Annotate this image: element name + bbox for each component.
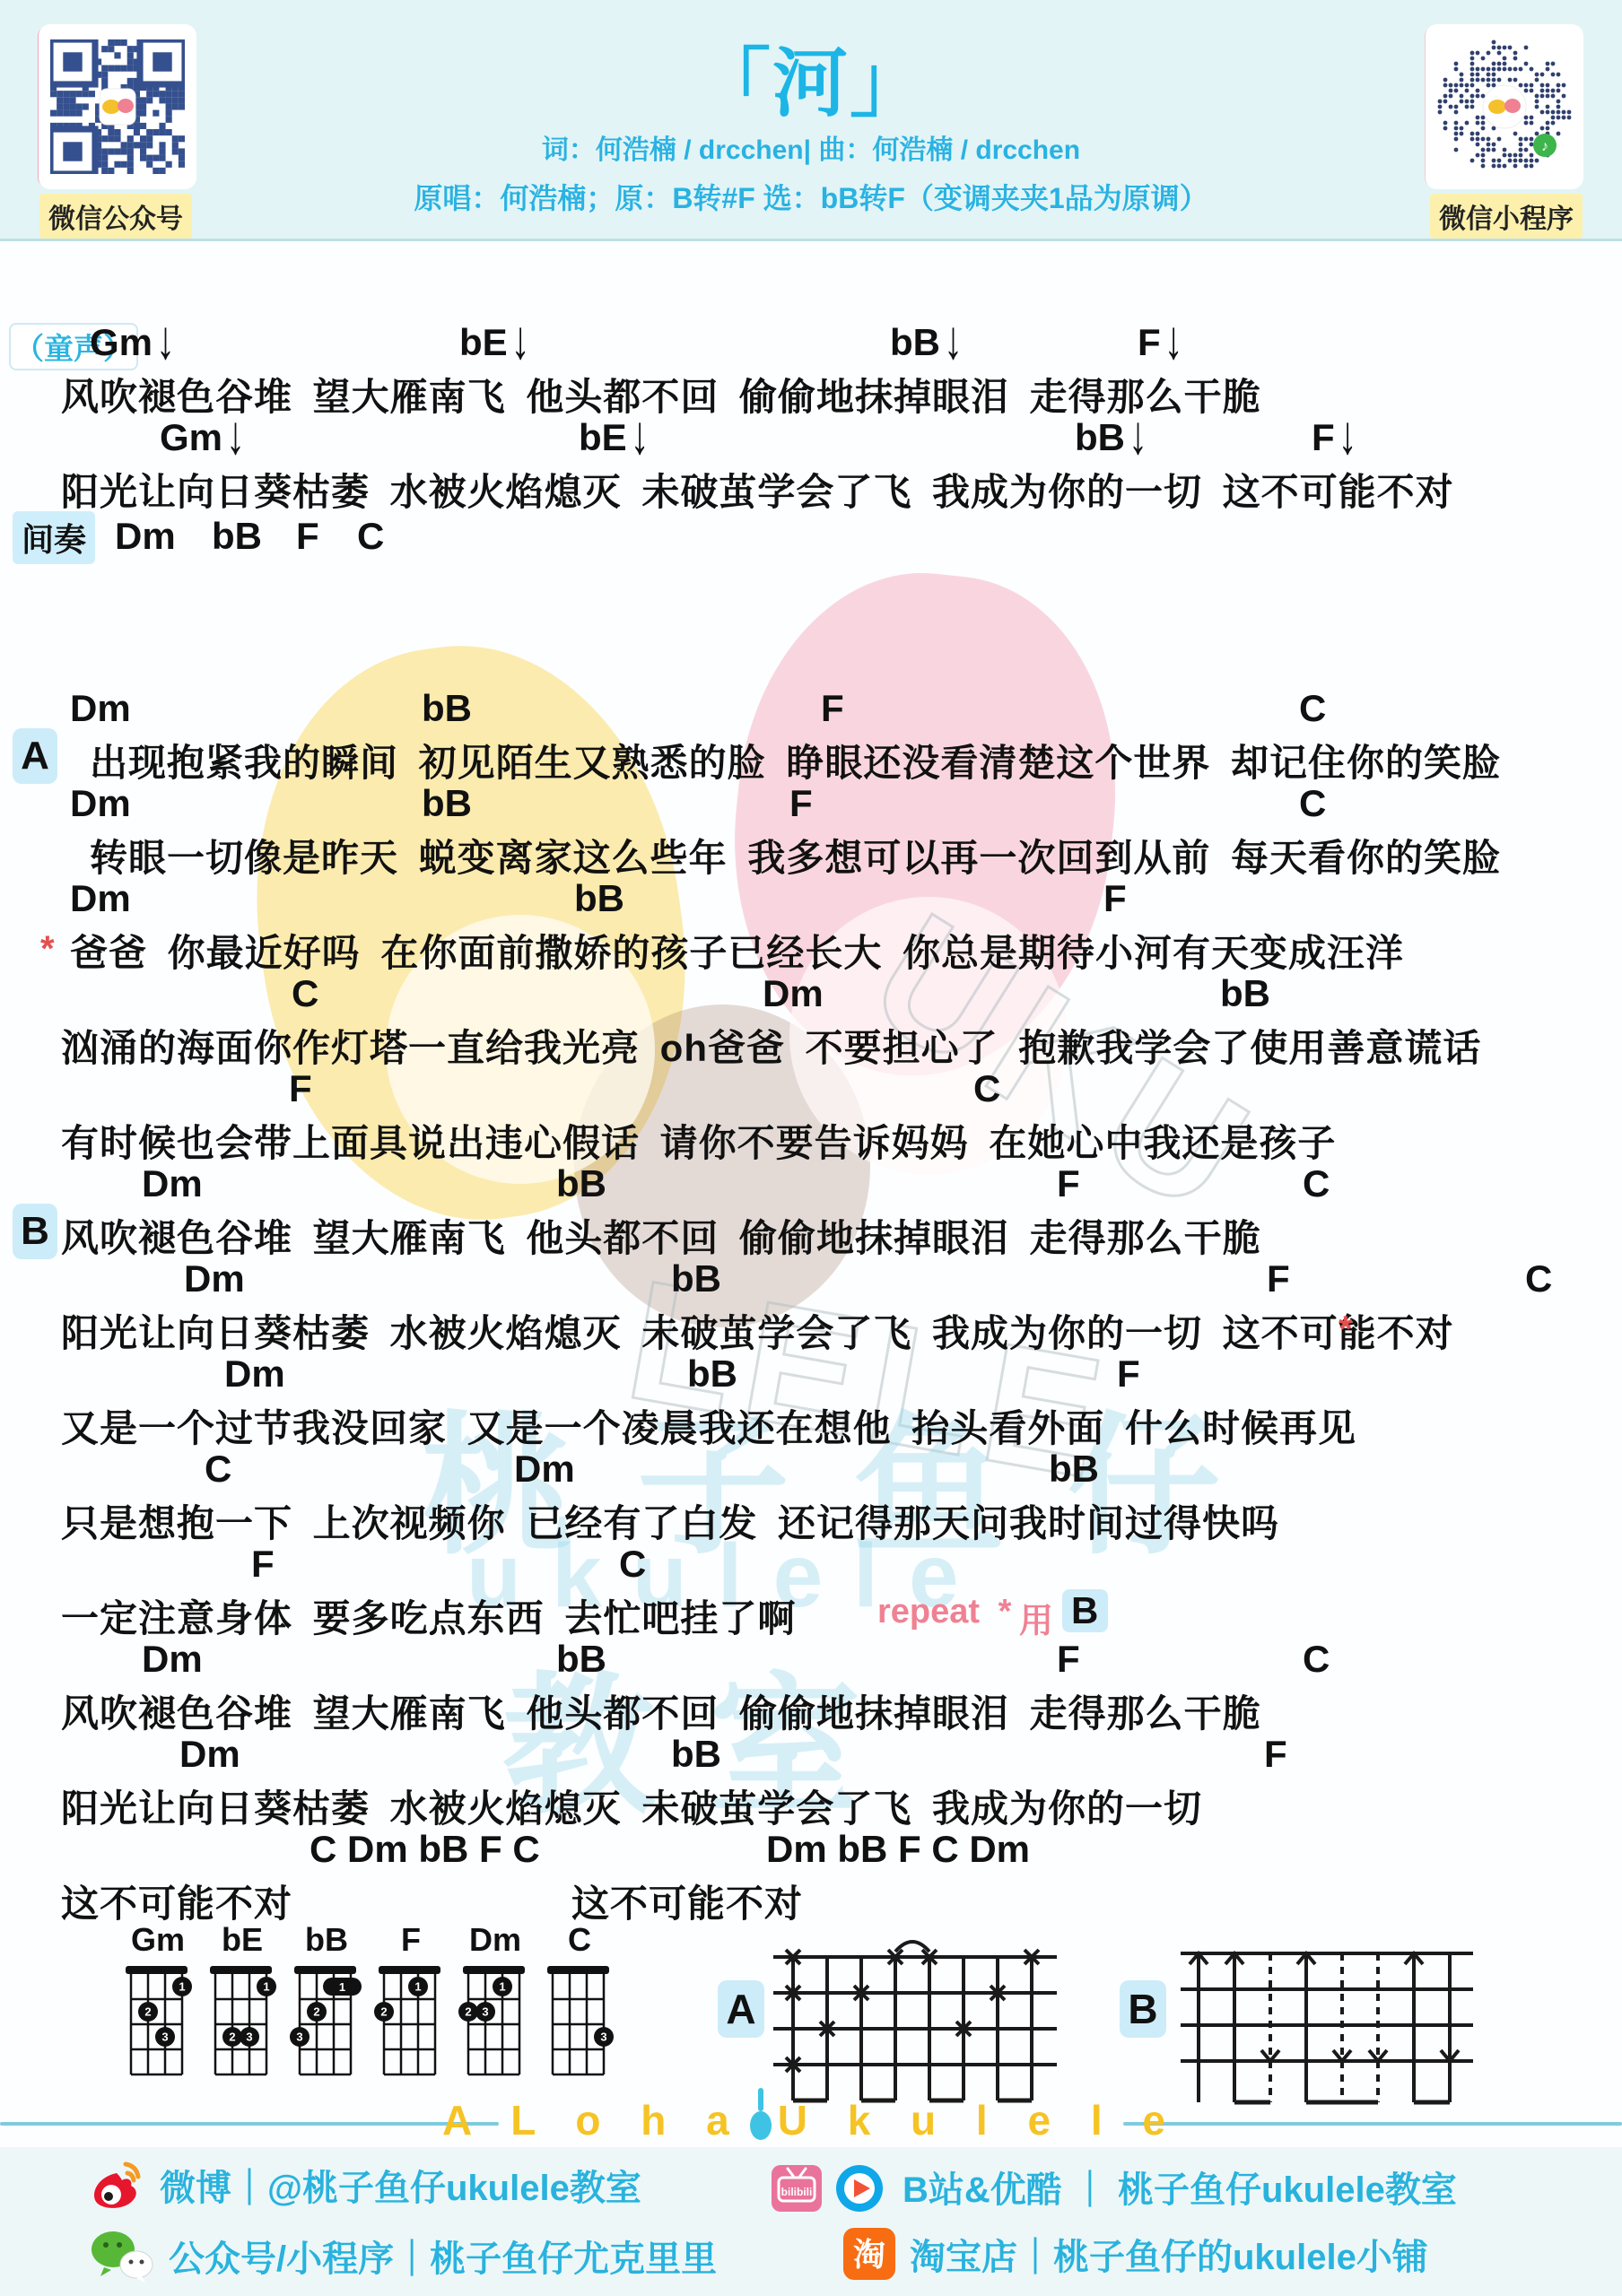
- chord-sheet-page: UKU LELE 桃子鱼仔 ukulele 教室 微信公众号 ♪ 微信小程序 「…: [0, 0, 1622, 2296]
- footer: 微博｜@桃子鱼仔ukulele教室bilibiliB站&优酷 ｜ 桃子鱼仔uku…: [0, 2147, 1622, 2296]
- chord-label: Dm: [70, 687, 131, 730]
- chord-diagram-gm: Gm123: [117, 1921, 199, 2109]
- chord-row: FC: [0, 1067, 1622, 1114]
- chord-label: Gm↓: [90, 321, 175, 364]
- chord-row: CDmbB: [0, 972, 1622, 1019]
- lyric-text: 转眼一切像是昨天 蜕变离家这么些年 我多想可以再一次回到从前 每天看你的笑脸: [90, 829, 1501, 883]
- song-line: 间奏DmbBFC: [0, 511, 1622, 687]
- chord-label: C: [205, 1448, 231, 1491]
- lyric-row: 风吹褪色谷堆 望大雁南飞 他头都不回 偷偷地抹掉眼泪 走得那么干脆: [0, 1684, 1622, 1733]
- song-line: Gm↓bE↓bB↓F↓阳光让向日葵枯萎 水被火焰熄灭 未破茧学会了飞 我成为你的…: [0, 416, 1622, 511]
- lyric-row: 有时候也会带上面具说出违心假话 请你不要告诉妈妈 在她心中我还是孩子: [0, 1114, 1622, 1162]
- chord-label: Dm: [70, 782, 131, 825]
- lyric-text: 汹涌的海面你作灯塔一直给我光亮 oh爸爸 不要担心了 抱歉我学会了使用善意谎话: [61, 1019, 1481, 1073]
- section-a-badge: A: [13, 728, 57, 784]
- svg-text:2: 2: [380, 2005, 387, 2019]
- chord-label: bB: [671, 1733, 721, 1776]
- chord-row: DmbBF: [0, 1352, 1622, 1399]
- chip-b-text: B: [1062, 1589, 1108, 1632]
- aloha-ukulele-wordmark: A L o h aU k u l e l e: [0, 2083, 1622, 2144]
- chord-row: CDmbB: [0, 1448, 1622, 1494]
- svg-text:2: 2: [465, 2005, 471, 2019]
- chord-row: DmbBFC: [0, 1162, 1622, 1209]
- lyric-row: *爸爸 你最近好吗 在你面前撒娇的孩子已经长大 你总是期待小河有天变成汪洋: [0, 924, 1622, 972]
- chord-label: bB: [1049, 1448, 1099, 1491]
- song-line: （童声）Gm↓bE↓bB↓F↓风吹褪色谷堆 望大雁南飞 他头都不回 偷偷地抹掉眼…: [0, 321, 1622, 416]
- song-line: CDmbB只是想抱一下 上次视频你 已经有了白发 还记得那天问我时间过得快吗: [0, 1448, 1622, 1543]
- song-line: DmbBF*爸爸 你最近好吗 在你面前撒娇的孩子已经长大 你总是期待小河有天变成…: [0, 877, 1622, 972]
- svg-text:3: 3: [600, 2031, 606, 2044]
- chord-label: F: [1103, 877, 1127, 920]
- chord-label: Gm↓: [160, 416, 245, 459]
- taobao-icon: 淘: [843, 2228, 895, 2280]
- credit-key-info: 原唱：何浩楠；原：B转#F 选：bB转F（变调夹夹1品为原调）: [0, 176, 1622, 217]
- chord-label: Dm: [70, 877, 131, 920]
- chord-label: bB: [556, 1638, 606, 1681]
- chord-label: F: [1057, 1638, 1080, 1681]
- pattern-a-badge: A: [718, 1980, 764, 2038]
- lyric-text: 这不可能不对: [571, 1874, 803, 1928]
- song-line: CDmbB汹涌的海面你作灯塔一直给我光亮 oh爸爸 不要担心了 抱歉我学会了使用…: [0, 972, 1622, 1067]
- down-arrow-icon: ↓: [226, 404, 245, 466]
- svg-text:2: 2: [144, 2005, 151, 2019]
- chord-diagram-strip: Gm123bE123bB123F12Dm123C3: [117, 1921, 623, 2109]
- chord-label: F: [1057, 1162, 1080, 1205]
- chord-label: bB: [556, 1162, 606, 1205]
- chord-label: bB: [1220, 972, 1270, 1015]
- chord-row: DmbBF: [0, 877, 1622, 924]
- song-line: DmbBFC转眼一切像是昨天 蜕变离家这么些年 我多想可以再一次回到从前 每天看…: [0, 782, 1622, 877]
- interlude-chord: F: [296, 515, 319, 558]
- pink-text: 用: [1019, 1593, 1053, 1642]
- footer-link-2: 公众号/小程序｜桃子鱼仔尤克里里: [90, 2228, 717, 2283]
- chord-row: DmbBFC: [0, 1257, 1622, 1304]
- chord-label: C: [1525, 1257, 1552, 1300]
- chord-label: F↓: [1312, 416, 1357, 459]
- chord-row: DmbBF: [0, 1733, 1622, 1779]
- lyric-row: A出现抱紧我的瞬间 初见陌生又熟悉的脸 睁眼还没看清楚这个世界 却记住你的笑脸: [0, 734, 1622, 782]
- lyric-text: 阳光让向日葵枯萎 水被火焰熄灭 未破茧学会了飞 我成为你的一切 这不可能不对: [61, 1304, 1454, 1358]
- lyric-text: 这不可能不对: [61, 1874, 292, 1928]
- chord-diagram-name: bB: [285, 1921, 368, 1961]
- chord-label: C: [973, 1067, 1000, 1110]
- lyric-row: 转眼一切像是昨天 蜕变离家这么些年 我多想可以再一次回到从前 每天看你的笑脸: [0, 829, 1622, 877]
- svg-text:1: 1: [339, 1980, 345, 1994]
- chord-label: F: [821, 687, 844, 730]
- chord-label: bB: [687, 1352, 737, 1396]
- chord-diagram-c: C3: [538, 1921, 621, 2109]
- chord-label: bB↓: [890, 321, 963, 364]
- weibo-icon: [90, 2161, 145, 2211]
- interlude-chord: bB: [212, 515, 262, 558]
- chord-label: C: [292, 972, 318, 1015]
- chord-label: C: [1303, 1162, 1330, 1205]
- down-arrow-icon: ↓: [156, 309, 175, 371]
- chord-diagram-be: bE123: [201, 1921, 283, 2109]
- chord-label: bB: [671, 1257, 721, 1300]
- lyric-text: 出现抱紧我的瞬间 初见陌生又熟悉的脸 睁眼还没看清楚这个世界 却记住你的笑脸: [90, 734, 1501, 787]
- chord-row: DmbBFC: [0, 782, 1622, 829]
- svg-text:1: 1: [263, 1980, 269, 1994]
- lyric-row: 一定注意身体 要多吃点东西 去忙吧挂了啊repeat *用B: [0, 1589, 1622, 1638]
- chord-row: DmbBFC: [0, 1638, 1622, 1684]
- lyric-row: 又是一个过节我没回家 又是一个凌晨我还在想他 抬头看外面 什么时候再见: [0, 1399, 1622, 1448]
- aloha-right-text: U k u l e l e: [778, 2097, 1180, 2144]
- chord-label: F↓: [1138, 321, 1183, 364]
- song-line: DmbBFCB风吹褪色谷堆 望大雁南飞 他头都不回 偷偷地抹掉眼泪 走得那么干脆: [0, 1162, 1622, 1257]
- svg-text:3: 3: [246, 2031, 252, 2044]
- chord-row: 间奏DmbBFC: [0, 511, 1622, 558]
- chord-label: bB: [422, 687, 472, 730]
- credit-writers: 词：何浩楠 / drcchen| 曲：何浩楠 / drcchen: [0, 127, 1622, 167]
- pattern-b-badge: B: [1120, 1980, 1166, 2038]
- lyric-text: 风吹褪色谷堆 望大雁南飞 他头都不回 偷偷地抹掉眼泪 走得那么干脆: [61, 1209, 1261, 1263]
- chord-label: C: [1299, 782, 1326, 825]
- lyric-text: 爸爸 你最近好吗 在你面前撒娇的孩子已经长大 你总是期待小河有天变成汪洋: [70, 924, 1404, 978]
- svg-text:1: 1: [499, 1980, 505, 1994]
- chord-row: FC: [0, 1543, 1622, 1589]
- pink-text: repeat *: [877, 1593, 1011, 1631]
- svg-text:3: 3: [482, 2005, 488, 2019]
- svg-text:1: 1: [179, 1980, 185, 1994]
- chord-diagram-name: bE: [201, 1921, 283, 1961]
- chord-diagram-f: F12: [370, 1921, 452, 2109]
- chord-diagram-bb: bB123: [285, 1921, 368, 2109]
- chord-label: C: [1303, 1638, 1330, 1681]
- chord-row: C Dm bB F CDm bB F C Dm: [0, 1828, 1622, 1874]
- song-line: DmbBF又是一个过节我没回家 又是一个凌晨我还在想他 抬头看外面 什么时候再见: [0, 1352, 1622, 1448]
- down-arrow-icon: ↓: [511, 309, 530, 371]
- song-line: FC一定注意身体 要多吃点东西 去忙吧挂了啊repeat *用B: [0, 1543, 1622, 1638]
- footer-link-text: 微博｜@桃子鱼仔ukulele教室: [160, 2160, 641, 2211]
- chord-lyric-lines: （童声）Gm↓bE↓bB↓F↓风吹褪色谷堆 望大雁南飞 他头都不回 偷偷地抹掉眼…: [0, 269, 1622, 1923]
- ukulele-icon: [749, 2088, 772, 2150]
- chord-label: F: [1267, 1257, 1290, 1300]
- chord-label: C: [1299, 687, 1326, 730]
- svg-text:3: 3: [161, 2031, 168, 2044]
- header: 微信公众号 ♪ 微信小程序 「河」 词：何浩楠 / drcchen| 曲：何浩楠…: [0, 0, 1622, 241]
- song-line: C Dm bB F CDm bB F C Dm这不可能不对这不可能不对: [0, 1828, 1622, 1923]
- chord-label: Dm: [514, 1448, 575, 1491]
- down-arrow-icon: ↓: [1339, 404, 1357, 466]
- song-line: DmbBFC阳光让向日葵枯萎 水被火焰熄灭 未破茧学会了飞 我成为你的一切 这不…: [0, 1257, 1622, 1352]
- svg-text:bilibili: bilibili: [781, 2186, 813, 2198]
- chord-row: （童声）Gm↓bE↓bB↓F↓: [0, 321, 1622, 368]
- lyric-row: 阳光让向日葵枯萎 水被火焰熄灭 未破茧学会了飞 我成为你的一切 这不可能不对: [0, 463, 1622, 511]
- chord-label: bB↓: [1075, 416, 1147, 459]
- lyric-row: 阳光让向日葵枯萎 水被火焰熄灭 未破茧学会了飞 我成为你的一切: [0, 1779, 1622, 1828]
- footer-link-text: 公众号/小程序｜桃子鱼仔尤克里里: [169, 2231, 717, 2282]
- wechat-icon: [90, 2228, 154, 2283]
- chord-label: C: [619, 1543, 646, 1586]
- svg-text:2: 2: [229, 2031, 235, 2044]
- lyric-row: 这不可能不对这不可能不对: [0, 1874, 1622, 1923]
- lyric-text: 风吹褪色谷堆 望大雁南飞 他头都不回 偷偷地抹掉眼泪 走得那么干脆: [61, 1684, 1261, 1738]
- chord-label: Dm: [224, 1352, 285, 1396]
- footer-link-1: bilibiliB站&优酷 ｜ 桃子鱼仔ukulele教室: [772, 2160, 1457, 2213]
- lyric-text: 只是想抱一下 上次视频你 已经有了白发 还记得那天问我时间过得快吗: [61, 1494, 1279, 1548]
- chord-diagram-name: Gm: [117, 1921, 199, 1961]
- lyric-text: 阳光让向日葵枯萎 水被火焰熄灭 未破茧学会了飞 我成为你的一切 这不可能不对: [61, 463, 1454, 517]
- lyric-row: 阳光让向日葵枯萎 水被火焰熄灭 未破茧学会了飞 我成为你的一切 这不可能不对*: [0, 1304, 1622, 1352]
- chord-label: Dm: [184, 1257, 245, 1300]
- star-text: *: [1339, 1309, 1354, 1350]
- chord-label: F: [251, 1543, 275, 1586]
- svg-text:1: 1: [414, 1980, 421, 1994]
- svg-text:淘: 淘: [853, 2236, 885, 2273]
- lyric-row: 只是想抱一下 上次视频你 已经有了白发 还记得那天问我时间过得快吗: [0, 1494, 1622, 1543]
- chord-diagram-dm: Dm123: [454, 1921, 536, 2109]
- down-arrow-icon: ↓: [1129, 404, 1147, 466]
- footer-link-text: B站&优酷 ｜ 桃子鱼仔ukulele教室: [903, 2161, 1457, 2213]
- chord-diagram-name: C: [538, 1921, 621, 1961]
- song-line: DmbBFCA出现抱紧我的瞬间 初见陌生又熟悉的脸 睁眼还没看清楚这个世界 却记…: [0, 687, 1622, 782]
- svg-text:3: 3: [296, 2031, 302, 2044]
- footer-link-text: 淘宝店｜桃子鱼仔的ukulele小铺: [910, 2229, 1428, 2280]
- song-line: DmbBF阳光让向日葵枯萎 水被火焰熄灭 未破茧学会了飞 我成为你的一切: [0, 1733, 1622, 1828]
- chord-label: bE↓: [459, 321, 530, 364]
- chord-label: Dm: [763, 972, 824, 1015]
- chord-row: DmbBFC: [0, 687, 1622, 734]
- song-line: FC有时候也会带上面具说出违心假话 请你不要告诉妈妈 在她心中我还是孩子: [0, 1067, 1622, 1162]
- chord-label: F: [789, 782, 813, 825]
- down-arrow-icon: ↓: [631, 404, 650, 466]
- chord-diagram-name: Dm: [454, 1921, 536, 1961]
- chord-row: Gm↓bE↓bB↓F↓: [0, 416, 1622, 463]
- lyric-row: 汹涌的海面你作灯塔一直给我光亮 oh爸爸 不要担心了 抱歉我学会了使用善意谎话: [0, 1019, 1622, 1067]
- star-text: *: [40, 929, 56, 970]
- interlude-chord: Dm: [115, 515, 176, 558]
- footer-link-3: 淘淘宝店｜桃子鱼仔的ukulele小铺: [843, 2228, 1428, 2280]
- lyric-text: 又是一个过节我没回家 又是一个凌晨我还在想他 抬头看外面 什么时候再见: [61, 1399, 1356, 1453]
- chord-label: Dm: [142, 1162, 203, 1205]
- footer-link-0: 微博｜@桃子鱼仔ukulele教室: [90, 2160, 641, 2211]
- chord-label: bB: [574, 877, 624, 920]
- chord-diagram-name: F: [370, 1921, 452, 1961]
- lyric-row: B风吹褪色谷堆 望大雁南飞 他头都不回 偷偷地抹掉眼泪 走得那么干脆: [0, 1209, 1622, 1257]
- chord-label: Dm bB F C Dm: [766, 1828, 1030, 1871]
- chord-label: C Dm bB F C: [310, 1828, 540, 1871]
- chord-label: F: [1117, 1352, 1140, 1396]
- aloha-left-text: A L o h a: [442, 2097, 744, 2144]
- song-line: DmbBFC风吹褪色谷堆 望大雁南飞 他头都不回 偷偷地抹掉眼泪 走得那么干脆: [0, 1638, 1622, 1733]
- interlude-chip: 间奏: [13, 511, 95, 564]
- interlude-chord: C: [357, 515, 384, 558]
- section-b-badge: B: [13, 1204, 57, 1259]
- lyric-text: 一定注意身体 要多吃点东西 去忙吧挂了啊: [61, 1589, 796, 1643]
- svg-text:2: 2: [313, 2005, 319, 2019]
- chord-label: F: [1264, 1733, 1287, 1776]
- down-arrow-icon: ↓: [1164, 309, 1183, 371]
- down-arrow-icon: ↓: [944, 309, 963, 371]
- chord-label: bB: [422, 782, 472, 825]
- chord-label: bE↓: [579, 416, 650, 459]
- bilibili-youku-icon: bilibili: [772, 2160, 888, 2213]
- chord-label: F: [289, 1067, 312, 1110]
- chord-label: Dm: [179, 1733, 240, 1776]
- song-title: 「河」: [0, 23, 1622, 132]
- aloha-divider: A L o h aU k u l e l e: [0, 2083, 1622, 2147]
- lyric-text: 阳光让向日葵枯萎 水被火焰熄灭 未破茧学会了飞 我成为你的一切: [61, 1779, 1202, 1833]
- lyric-text: 有时候也会带上面具说出违心假话 请你不要告诉妈妈 在她心中我还是孩子: [61, 1114, 1336, 1168]
- chord-label: Dm: [142, 1638, 203, 1681]
